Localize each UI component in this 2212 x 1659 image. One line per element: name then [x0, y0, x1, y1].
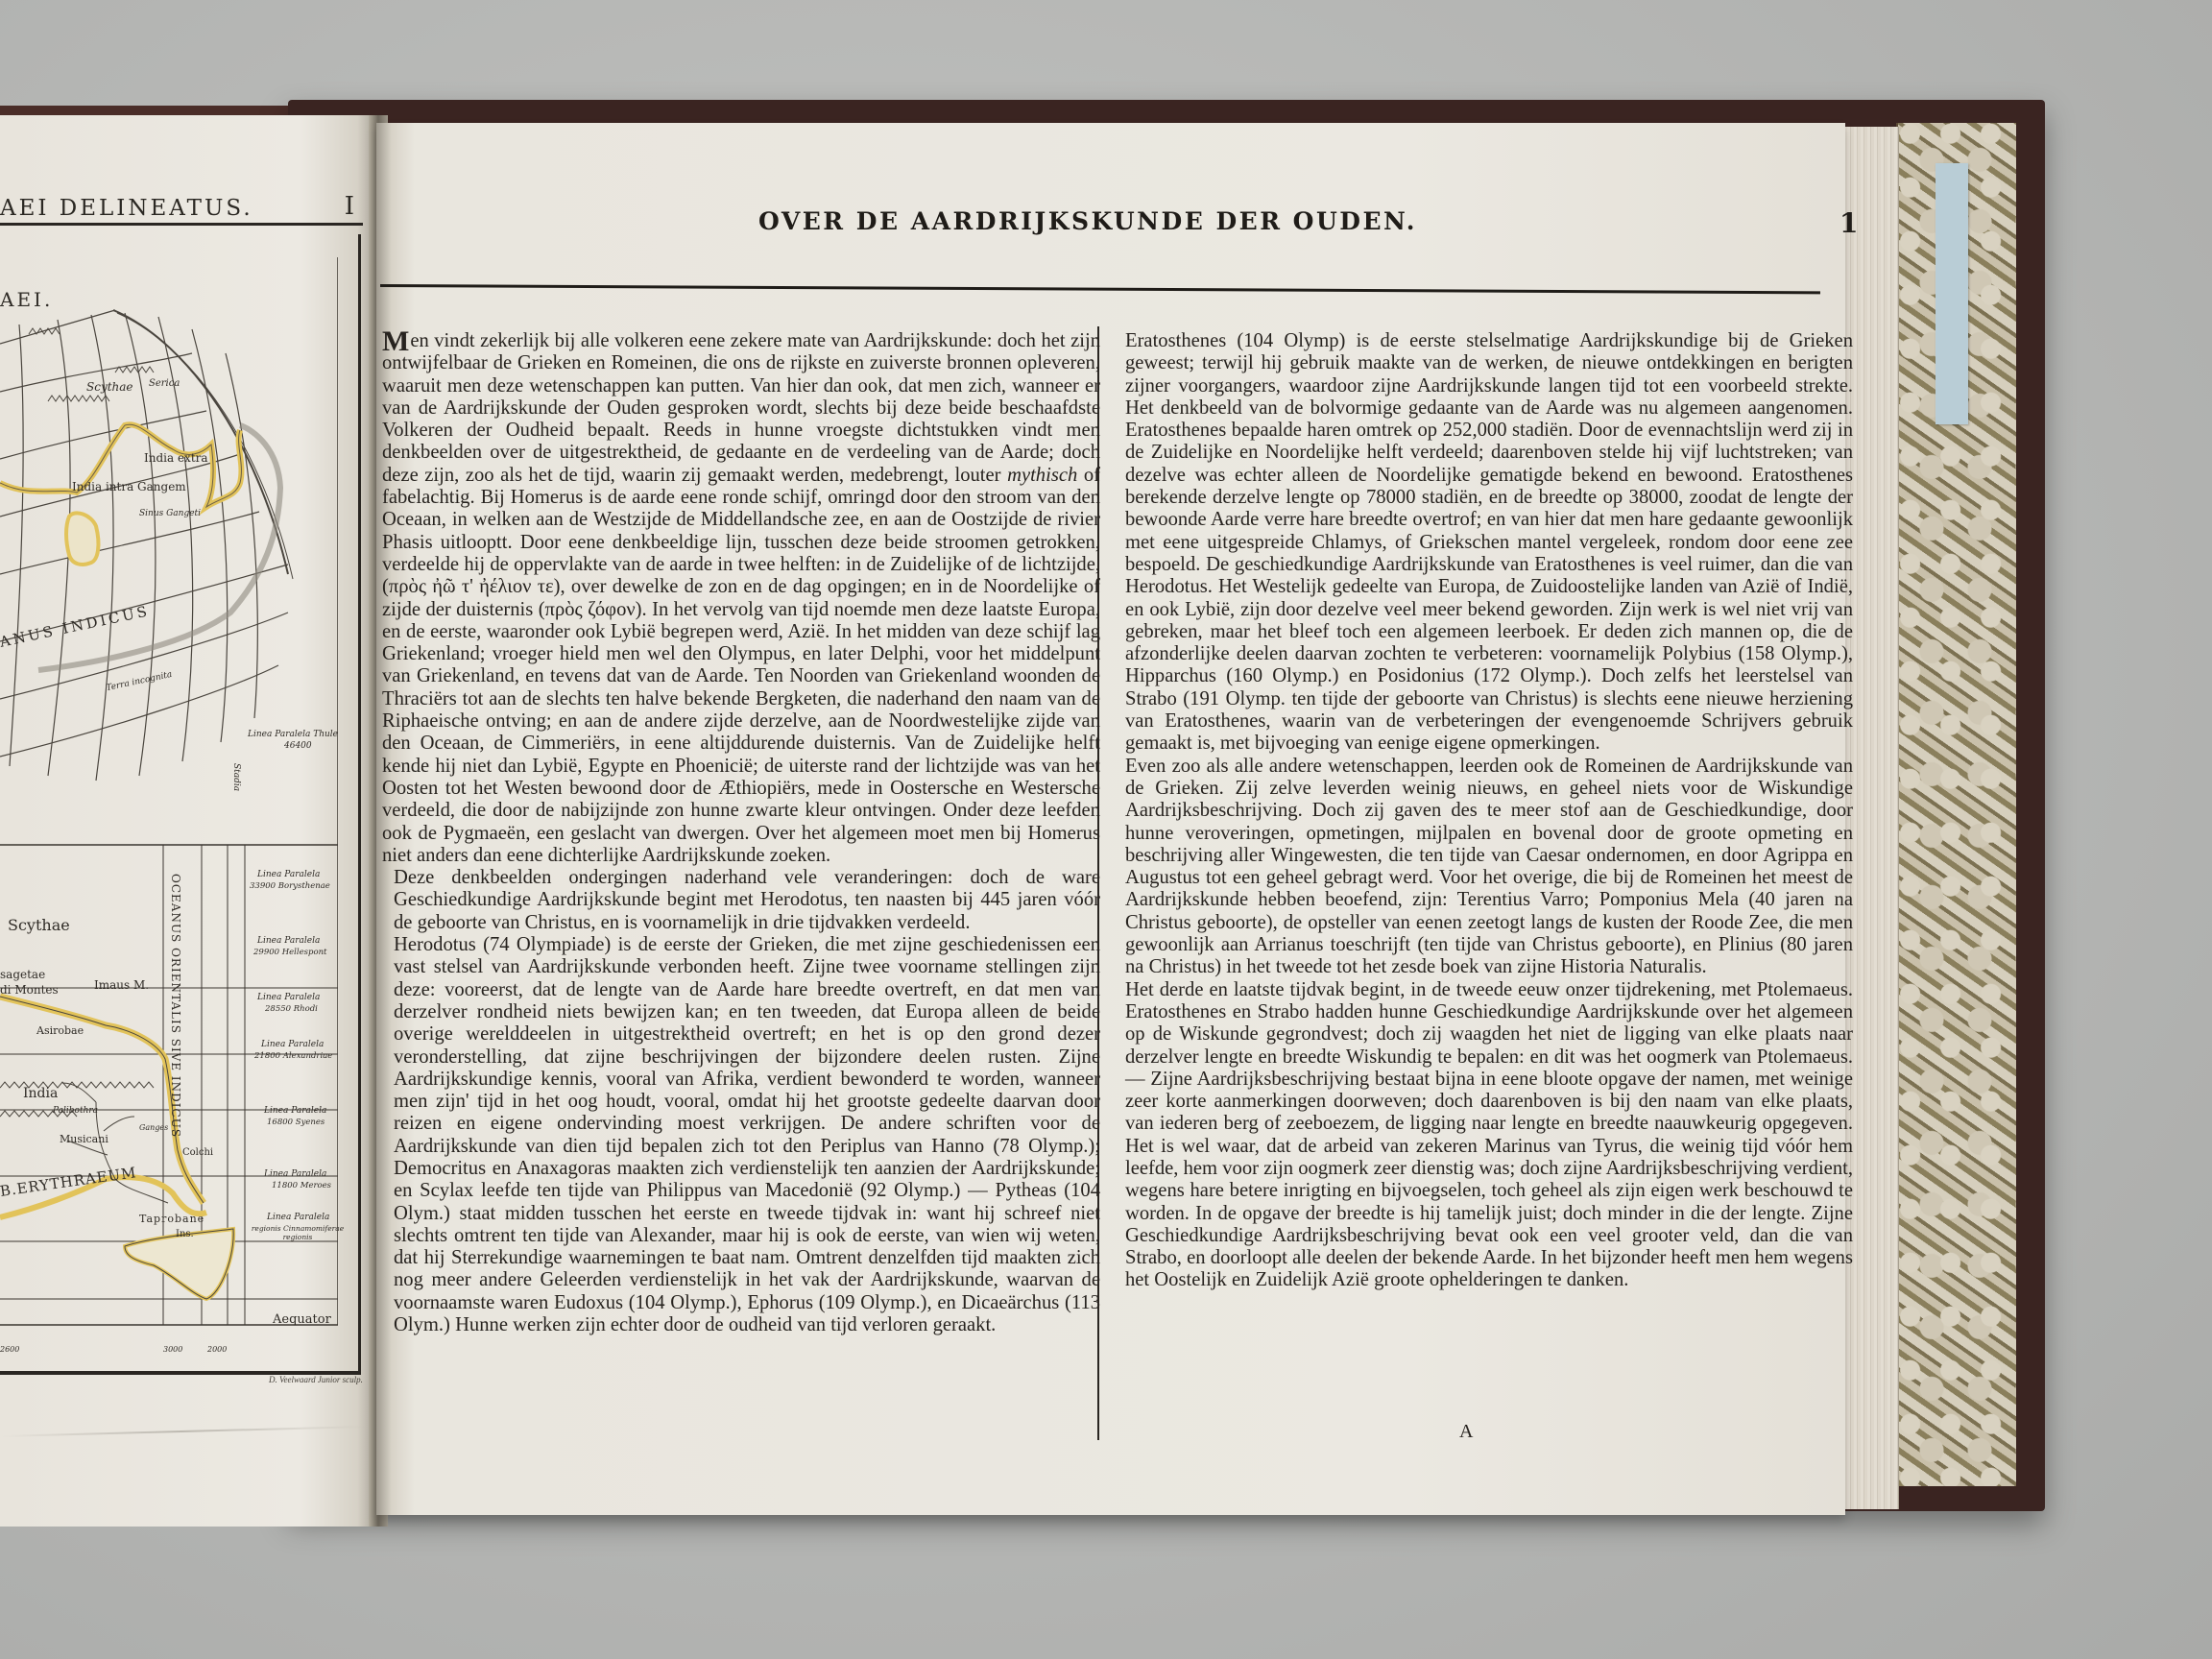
- map-label-oceanus-orientalis: OCEANUS ORIENTALIS SIVE INDICUS: [169, 874, 182, 1138]
- paragraph: Men vindt zekerlijk bij alle volkeren ee…: [382, 330, 1100, 867]
- map-label-sinus-gangeticus: Sinus Gangeti: [139, 509, 201, 518]
- map-label-linea-thule: Linea Paralela Thule: [248, 730, 338, 739]
- right-page-number: 1: [1839, 207, 1858, 239]
- map-parallel-sub-1: 33900 Borysthenae: [250, 881, 330, 891]
- map-label-serica: Serica: [149, 378, 180, 389]
- left-page-number: I: [345, 192, 357, 221]
- paragraph: Herodotus (74 Olympiade) is de eerste de…: [382, 934, 1100, 1336]
- text-column-right: Eratosthenes (104 Olymp) is de eerste st…: [1114, 330, 1853, 1292]
- map-parallel-sub-3: 28550 Rhodi: [265, 1004, 318, 1014]
- map-label-taprobane-ins: Ins.: [176, 1229, 194, 1239]
- map-parallel-label-7: Linea Paralela: [267, 1213, 329, 1222]
- map-label-taprobane: Taprobane: [139, 1213, 204, 1225]
- map-label-palibothra: Palibothra: [53, 1106, 98, 1116]
- paragraph: Het derde en laatste tijdvak begint, in …: [1114, 979, 1853, 1292]
- map-parallel-label-3: Linea Paralela: [257, 993, 320, 1002]
- map-parallel-label-4: Linea Paralela: [261, 1040, 324, 1049]
- map-title-fragment: AEI.: [0, 288, 53, 311]
- paragraph: Deze denkbeelden ondergingen naderhand v…: [382, 867, 1100, 934]
- map-scale-2000: 2000: [207, 1345, 227, 1354]
- map-label-ganges: Ganges: [139, 1123, 168, 1132]
- map-label-imaus: Imaus M.: [94, 978, 149, 992]
- map-label-stadia: Stadia: [231, 763, 241, 791]
- map-parallel-label-2: Linea Paralela: [257, 936, 320, 946]
- map-parallel-sub-5: 16800 Syenes: [267, 1118, 325, 1127]
- right-running-head: OVER DE AARDRIJKSKUNDE DER OUDEN.: [758, 207, 1417, 235]
- bookmark-slip: [1935, 163, 1968, 424]
- map-label-india: India: [23, 1086, 58, 1101]
- drop-cap: M: [382, 332, 409, 351]
- map-label-asirobae: Asirobae: [36, 1024, 84, 1037]
- paragraph: Eratosthenes (104 Olymp) is de eerste st…: [1114, 330, 1853, 756]
- signature-mark: A: [1459, 1421, 1473, 1443]
- map-label-colchi: Colchi: [182, 1147, 213, 1158]
- text-column-left: Men vindt zekerlijk bij alle volkeren ee…: [382, 330, 1100, 1336]
- map-parallel-sub-6: 11800 Meroes: [272, 1181, 331, 1190]
- map-parallel-label-5: Linea Paralela: [264, 1106, 326, 1116]
- map-label-montes: di Montes: [0, 983, 59, 997]
- map-parallel-sub-7: regionis Cinnamomiferae regionis: [250, 1224, 346, 1241]
- map-label-thule-value: 46400: [284, 741, 312, 751]
- map-label-massagetae: sagetae: [0, 968, 45, 981]
- map-label-scythae-top: Scythae: [86, 380, 133, 394]
- map-label-aequator: Aequator: [273, 1312, 331, 1327]
- globe-graticule: [0, 310, 293, 781]
- map-parallel-sub-2: 29900 Hellespont: [253, 948, 326, 957]
- left-head-rule: [0, 223, 363, 226]
- paragraph: Even zoo als alle andere wetenschappen, …: [1114, 756, 1853, 979]
- map-scale-2600: 2600: [0, 1345, 19, 1354]
- map-scale-3000: 3000: [163, 1345, 182, 1354]
- map-label-india-extra: India extra: [144, 451, 208, 465]
- left-running-title: AEI DELINEATUS.: [0, 196, 253, 221]
- map-label-scythae: Scythae: [8, 916, 70, 934]
- map-label-india-intra: India intra Gangem: [72, 480, 186, 493]
- map-parallel-label-1: Linea Paralela: [257, 870, 320, 879]
- map-label-musicani: Musicani: [60, 1133, 108, 1145]
- map-parallel-label-6: Linea Paralela: [264, 1169, 326, 1179]
- engraver-credit: D. Veelwaard Junior sculp.: [269, 1375, 363, 1384]
- map-parallel-sub-4: 21800 Alexandriae: [254, 1051, 332, 1061]
